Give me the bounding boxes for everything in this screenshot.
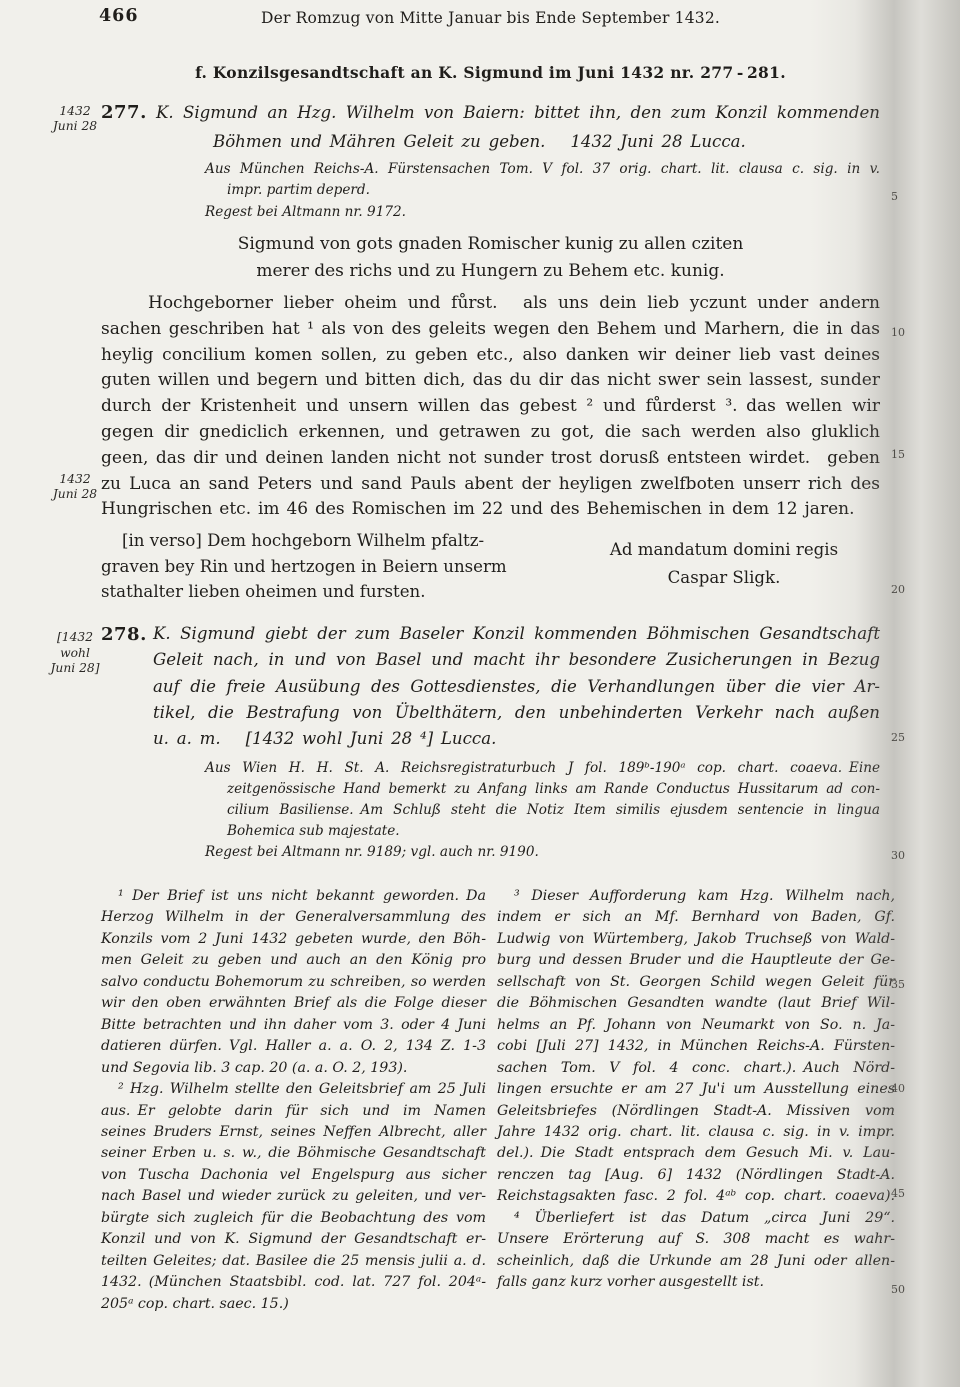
text-line: Jahre 1432 orig. chart. lit. clausa c. s… bbox=[497, 1122, 895, 1143]
text-line: Reichstagsakten fasc. 2 fol. 4ᵃᵇ cop. ch… bbox=[497, 1186, 895, 1207]
text-line: die Böhmischen Gesandten wandte (laut Br… bbox=[497, 993, 895, 1014]
text-line: sachen Tom. V fol. 4 conc. chart.). Auch… bbox=[497, 1058, 895, 1079]
text-line: scheinlich, daß die Urkunde am 28 Juni o… bbox=[497, 1251, 895, 1272]
line-number-10: 10 bbox=[891, 326, 921, 339]
footnotes-right-column: ³ Dieser Aufforderung kam Hzg. Wilhelm n… bbox=[497, 886, 895, 1294]
footnotes-left-column: ¹ Der Brief ist uns nicht bekannt geword… bbox=[101, 886, 486, 1315]
text-line: tikel, die Bestrafung von Übelthätern, d… bbox=[153, 700, 880, 726]
text-line: Bohemica sub majestate. bbox=[227, 821, 880, 842]
text-line: sachen geschriben hat ¹ als von des gele… bbox=[101, 317, 880, 343]
text-line: [1432 bbox=[44, 630, 106, 646]
text-line: gegen dir gnediclich erkennen, und getra… bbox=[101, 420, 880, 446]
text-line: sellschaft von St. Georgen Schild wegen … bbox=[497, 972, 895, 993]
text-line: del.). Die Stadt entsprach dem Gesuch Mi… bbox=[497, 1143, 895, 1164]
text-line: teilten Geleites; dat. Basilee die 25 me… bbox=[101, 1251, 486, 1272]
text-line: Regest bei Altmann nr. 9172. bbox=[205, 202, 880, 223]
text-line: helms an Pf. Johann von Neumarkt von So.… bbox=[497, 1015, 895, 1036]
text-line: ¹ Der Brief ist uns nicht bekannt geword… bbox=[101, 886, 486, 907]
text-line: Hungrischen etc. im 46 des Romischen im … bbox=[101, 497, 880, 523]
line-number-40: 40 bbox=[891, 1082, 921, 1095]
line-number-35: 35 bbox=[891, 978, 921, 991]
text-line: seines Bruders Ernst, seines Neffen Albr… bbox=[101, 1122, 486, 1143]
text-line: Unsere Erörterung auf S. 308 macht es wa… bbox=[497, 1229, 895, 1250]
text-line: wir den oben erwähnten Brief als die Fol… bbox=[101, 993, 486, 1014]
text-line: stathalter lieben oheimen und fursten. bbox=[101, 579, 556, 605]
text-line: zu Luca an sand Peters und sand Pauls ab… bbox=[101, 472, 880, 498]
entry-278-summary: K. Sigmund giebt der zum Baseler Konzil … bbox=[153, 621, 880, 752]
text-line: und Segovia lib. 3 cap. 20 (a. a. O. 2, … bbox=[101, 1058, 486, 1079]
text-line: Caspar Sligk. bbox=[600, 564, 848, 592]
section-heading: f. Konzilsgesandtschaft an K. Sigmund im… bbox=[101, 63, 880, 82]
text-line: indem er sich an Mf. Bernhard von Baden,… bbox=[497, 907, 895, 928]
text-line: Herzog Wilhelm in der Generalversammlung… bbox=[101, 907, 486, 928]
text-line: Böhmen und Mähren Geleit zu geben. 1432 … bbox=[213, 128, 880, 157]
text-line: Juni 28] bbox=[44, 661, 106, 677]
text-line: cobi [Juli 27] 1432, in München Reichs-A… bbox=[497, 1036, 895, 1057]
text-line: Regest bei Altmann nr. 9189; vgl. auch n… bbox=[205, 842, 880, 863]
text-line: 1432 bbox=[44, 472, 106, 487]
chancery-signature: Ad mandatum domini regisCaspar Sligk. bbox=[600, 536, 848, 592]
text-line: graven bey Rin und hertzogen in Beiern u… bbox=[101, 554, 556, 580]
text-line: Juni 28 bbox=[44, 119, 106, 134]
text-line: impr. partim deperd. bbox=[227, 180, 880, 201]
entry-277-summary: K. Sigmund an Hzg. Wilhelm von Baiern: b… bbox=[156, 99, 880, 156]
text-line: u. a. m. [1432 wohl Juni 28 ⁴] Lucca. bbox=[153, 726, 880, 752]
text-line: Juni 28 bbox=[44, 487, 106, 502]
text-line: Ad mandatum domini regis bbox=[600, 536, 848, 564]
text-line: durch der Kristenheit und unsern willen … bbox=[101, 394, 880, 420]
address-verso: [in verso] Dem hochgeborn Wilhelm pfaltz… bbox=[101, 528, 556, 605]
text-line: ² Hzg. Wilhelm stellte den Geleitsbrief … bbox=[101, 1079, 486, 1100]
entry-278-number: 278. bbox=[101, 624, 147, 645]
text-line: zeitgenössische Hand bemerkt zu Anfang l… bbox=[227, 779, 880, 800]
text-line: renczen tag [Aug. 6] 1432 (Nördlingen St… bbox=[497, 1165, 895, 1186]
line-number-20: 20 bbox=[891, 583, 921, 596]
text-line: ⁴ Überliefert ist das Datum „circa Juni … bbox=[497, 1208, 895, 1229]
entry-277-margin-date: 1432Juni 28 bbox=[44, 104, 106, 133]
running-title: Der Romzug von Mitte Januar bis Ende Sep… bbox=[101, 9, 880, 27]
text-line: K. Sigmund giebt der zum Baseler Konzil … bbox=[153, 621, 880, 647]
text-line: von Tuscha Dachonia vel Engelspurg aus s… bbox=[101, 1165, 486, 1186]
text-line: wohl bbox=[44, 646, 106, 662]
text-line: K. Sigmund an Hzg. Wilhelm von Baiern: b… bbox=[156, 99, 880, 128]
text-line: Sigmund von gots gnaden Romischer kunig … bbox=[101, 231, 880, 258]
text-line: guten willen und begern und bitten dich,… bbox=[101, 368, 880, 394]
text-line: heylig concilium komen sollen, zu geben … bbox=[101, 343, 880, 369]
text-line: [in verso] Dem hochgeborn Wilhelm pfaltz… bbox=[101, 528, 556, 554]
text-line: salvo conductu Bohemorum zu schreiben, s… bbox=[101, 972, 486, 993]
text-line: Aus Wien H. H. St. A. Reichsregistraturb… bbox=[205, 758, 880, 779]
text-line: geen, das dir und deinen landen nicht no… bbox=[101, 446, 880, 472]
text-line: nach Basel und wieder zurück zu geleiten… bbox=[101, 1186, 486, 1207]
text-line: seiner Erben u. s. w., die Böhmische Ges… bbox=[101, 1143, 486, 1164]
text-line: Bitte betrachten und ihn daher vom 3. od… bbox=[101, 1015, 486, 1036]
text-line: men Geleit zu geben und auch an den Köni… bbox=[101, 950, 486, 971]
text-line: Ludwig von Würtemberg, Jakob Truchseß vo… bbox=[497, 929, 895, 950]
text-line: 205ᵃ cop. chart. saec. 15.) bbox=[101, 1294, 486, 1315]
letter-salutation: Sigmund von gots gnaden Romischer kunig … bbox=[101, 231, 880, 285]
line-number-50: 50 bbox=[891, 1283, 921, 1296]
line-number-45: 45 bbox=[891, 1187, 921, 1200]
entry-277-number: 277. bbox=[101, 102, 147, 123]
text-line: Geleit nach, in und von Basel und macht … bbox=[153, 647, 880, 673]
entry-277-source-note: Aus München Reichs-A. Fürstensachen Tom.… bbox=[205, 159, 880, 223]
text-line: Geleitsbriefes (Nördlingen Stadt-A. Miss… bbox=[497, 1101, 895, 1122]
line-number-25: 25 bbox=[891, 731, 921, 744]
entry-278-margin-date: [1432wohlJuni 28] bbox=[44, 630, 106, 677]
text-line: lingen ersuchte er am 27 Ju'i um Ausstel… bbox=[497, 1079, 895, 1100]
text-line: merer des richs und zu Hungern zu Behem … bbox=[101, 258, 880, 285]
entry-278-source-note: Aus Wien H. H. St. A. Reichsregistraturb… bbox=[205, 758, 880, 863]
text-line: auf die freie Ausübung des Gottesdienste… bbox=[153, 674, 880, 700]
line-number-5: 5 bbox=[891, 190, 921, 203]
line-number-30: 30 bbox=[891, 849, 921, 862]
book-page: 466 Der Romzug von Mitte Januar bis Ende… bbox=[0, 0, 960, 1387]
text-line: falls ganz kurz vorher ausgestellt ist. bbox=[497, 1272, 895, 1293]
text-line: 1432. (München Staatsbibl. cod. lat. 727… bbox=[101, 1272, 486, 1293]
text-line: Hochgeborner lieber oheim und fůrst. als… bbox=[101, 291, 880, 317]
text-line: cilium Basiliense. Am Schluß steht die N… bbox=[227, 800, 880, 821]
text-line: ³ Dieser Aufforderung kam Hzg. Wilhelm n… bbox=[497, 886, 895, 907]
text-line: Aus München Reichs-A. Fürstensachen Tom.… bbox=[205, 159, 880, 180]
line-number-15: 15 bbox=[891, 448, 921, 461]
text-line: Konzil und von K. Sigmund der Gesandtsch… bbox=[101, 1229, 486, 1250]
letter-body: Hochgeborner lieber oheim und fůrst. als… bbox=[101, 291, 880, 523]
text-line: datieren dürfen. Vgl. Haller a. a. O. 2,… bbox=[101, 1036, 486, 1057]
text-line: aus. Er gelobte darin für sich und im Na… bbox=[101, 1101, 486, 1122]
text-line: 1432 bbox=[44, 104, 106, 119]
text-line: burg und dessen Bruder und die Hauptleut… bbox=[497, 950, 895, 971]
entry-277-margin-date-2: 1432Juni 28 bbox=[44, 472, 106, 501]
text-line: Konzils vom 2 Juni 1432 gebeten wurde, d… bbox=[101, 929, 486, 950]
text-line: bürgte sich zugleich für die Beobachtung… bbox=[101, 1208, 486, 1229]
